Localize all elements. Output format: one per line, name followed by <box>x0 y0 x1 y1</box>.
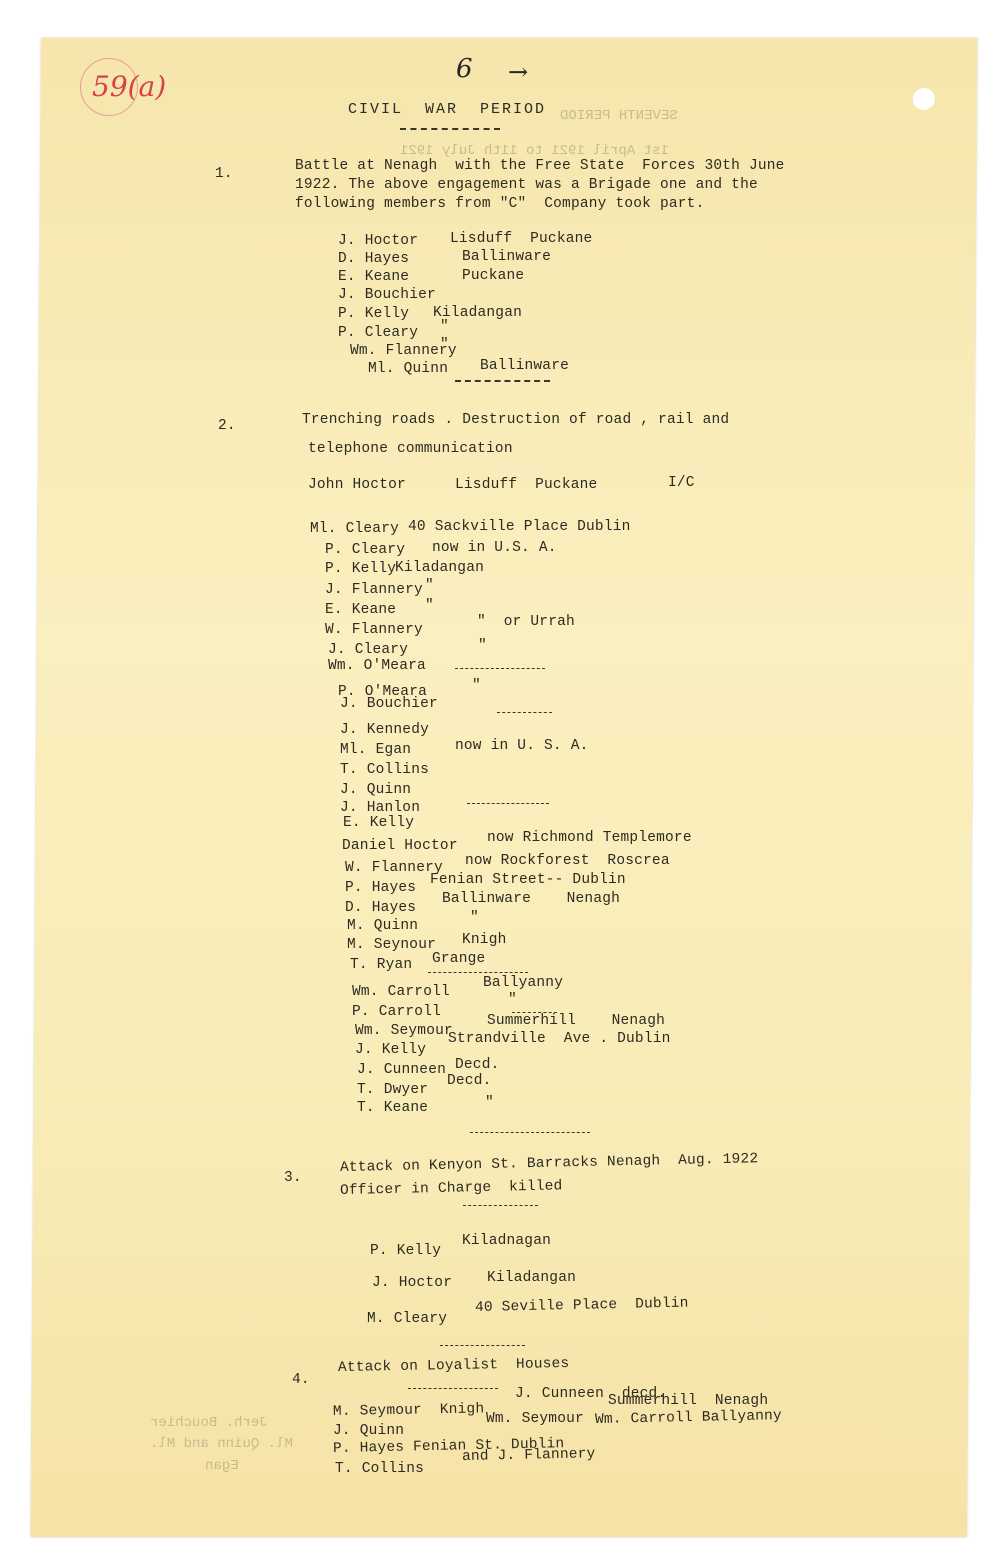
divider <box>408 1388 498 1389</box>
section-divider <box>463 1205 538 1206</box>
section-number: 4. <box>292 1372 310 1388</box>
list-item: M. Seymour Knigh <box>333 1401 485 1420</box>
officer-name: John Hoctor <box>308 477 406 493</box>
title-underline <box>400 128 500 130</box>
member-place: Kiladangan <box>487 1270 576 1286</box>
member-place: " <box>485 1095 494 1111</box>
punch-hole <box>913 88 935 110</box>
member-place: Decd. <box>455 1057 500 1073</box>
member-place: " <box>470 910 479 926</box>
member-name: M. Quinn <box>347 918 418 934</box>
member-place: now in U. S. A. <box>455 738 589 754</box>
bleed-through-text: Egan <box>205 1458 239 1474</box>
section-text: telephone communication <box>308 441 513 457</box>
member-name: M. Cleary <box>367 1311 447 1327</box>
section-text: Trenching roads . Destruction of road , … <box>302 412 729 428</box>
arrow-mark-icon: → <box>508 58 528 86</box>
member-place: Decd. <box>447 1073 492 1089</box>
bleed-through-text: 1st April 1921 to 11th July 1921 <box>400 143 669 159</box>
officer-role: I/C <box>668 475 695 491</box>
member-name: P. Carroll <box>352 1004 441 1020</box>
divider <box>428 972 528 973</box>
member-name: T. Keane <box>357 1100 428 1116</box>
bleed-through-text: Ml. Quinn and Ml. <box>150 1436 293 1452</box>
member-name: J. Hoctor <box>338 233 418 249</box>
member-place: Grange <box>432 951 485 967</box>
member-name: T. Dwyer <box>357 1082 428 1098</box>
section-text: 1922. The above engagement was a Brigade… <box>295 177 758 193</box>
divider <box>497 712 552 713</box>
member-place: Kiladangan <box>395 560 484 576</box>
member-place: Ballinware <box>462 249 551 265</box>
member-name: J. Flannery <box>325 582 423 598</box>
member-name: J. Cleary <box>328 642 408 658</box>
member-name: J. Quinn <box>340 782 411 798</box>
member-place: " <box>425 598 434 614</box>
member-name: J. Hoctor <box>372 1275 452 1291</box>
member-place: Puckane <box>462 268 524 284</box>
member-place: Knigh <box>462 932 507 948</box>
member-place: 40 Sackville Place Dublin <box>408 519 631 535</box>
section-number: 2. <box>218 418 236 434</box>
member-name: Wm. Seymour <box>355 1023 453 1039</box>
member-place: now in U.S. A. <box>432 540 557 556</box>
member-name: P. Kelly <box>338 306 409 322</box>
member-name: Ml. Egan <box>340 742 411 758</box>
page-title: CIVIL WAR PERIOD <box>348 102 546 118</box>
bleed-through-text: Jerh. Bouchier <box>150 1415 268 1431</box>
member-name: P. Kelly <box>370 1243 441 1259</box>
member-name: J. Hanlon <box>340 800 420 816</box>
member-place: Ballyanny <box>483 975 563 991</box>
divider <box>455 668 545 669</box>
section-number: 1. <box>215 166 233 182</box>
member-name: T. Collins <box>340 762 429 778</box>
member-place: " <box>472 678 481 694</box>
member-name: P. Kelly <box>325 561 396 577</box>
section-text: following members from "C" Company took … <box>295 196 704 212</box>
member-place: " <box>478 638 487 654</box>
member-place: Summerhill Nenagh <box>487 1013 665 1029</box>
member-place: " <box>440 319 449 335</box>
member-name: P. Hayes <box>345 880 416 896</box>
member-name: W. Flannery <box>325 622 423 638</box>
member-place: " or Urrah <box>477 614 575 630</box>
member-name: Wm. O'Meara <box>328 658 426 674</box>
section-divider <box>470 1132 590 1133</box>
member-name: M. Seynour <box>347 937 436 953</box>
member-name: Ml. Cleary <box>310 521 399 537</box>
member-name: T. Ryan <box>350 957 412 973</box>
list-item: Wm. Seymour <box>486 1411 584 1427</box>
member-place: Ballinware Nenagh <box>442 891 620 907</box>
section-divider <box>440 1345 525 1346</box>
member-name: J. Kennedy <box>340 722 429 738</box>
member-name: W. Flannery <box>345 860 443 876</box>
member-name: D. Hayes <box>345 900 416 916</box>
bleed-through-text: SEVENTH PERIOD <box>560 108 678 124</box>
officer-place: Lisduff Puckane <box>455 477 597 493</box>
member-place: " <box>425 578 434 594</box>
member-name: J. Kelly <box>355 1042 426 1058</box>
member-name: D. Hayes <box>338 251 409 267</box>
member-place: " <box>440 337 449 353</box>
member-place: Kiladnagan <box>462 1233 551 1249</box>
folio-number: 59(a) <box>92 70 166 103</box>
member-place: Ballinware <box>480 358 569 374</box>
section-number: 3. <box>284 1170 302 1186</box>
list-item: Summerhill Nenagh <box>608 1393 768 1409</box>
member-name: E. Kelly <box>343 815 414 831</box>
member-place: Strandville Ave . Dublin <box>448 1031 671 1047</box>
member-name: J. Bouchier <box>340 696 438 712</box>
member-place: now Rockforest Roscrea <box>465 853 670 869</box>
member-place: now Richmond Templemore <box>487 830 692 846</box>
member-name: Ml. Quinn <box>368 361 448 377</box>
divider <box>467 803 549 804</box>
member-place: Fenian Street-- Dublin <box>430 872 626 888</box>
list-item: T. Collins <box>335 1461 424 1477</box>
member-place: Lisduff Puckane <box>450 231 592 247</box>
section-text: Battle at Nenagh with the Free State For… <box>295 158 785 174</box>
handwritten-page-number: 6 <box>456 54 473 84</box>
list-item: and J. Flannery <box>462 1446 596 1465</box>
member-name: P. Cleary <box>338 325 418 341</box>
member-name: J. Cunneen <box>357 1062 446 1078</box>
member-name: J. Bouchier <box>338 287 436 303</box>
member-name: Wm. Carroll <box>352 984 450 1000</box>
member-name: E. Keane <box>338 269 409 285</box>
list-item: J. Quinn <box>333 1423 404 1439</box>
member-name: Daniel Hoctor <box>342 838 458 854</box>
member-name: P. Cleary <box>325 542 405 558</box>
member-place: " <box>508 992 517 1008</box>
section-divider <box>455 380 550 382</box>
member-name: E. Keane <box>325 602 396 618</box>
